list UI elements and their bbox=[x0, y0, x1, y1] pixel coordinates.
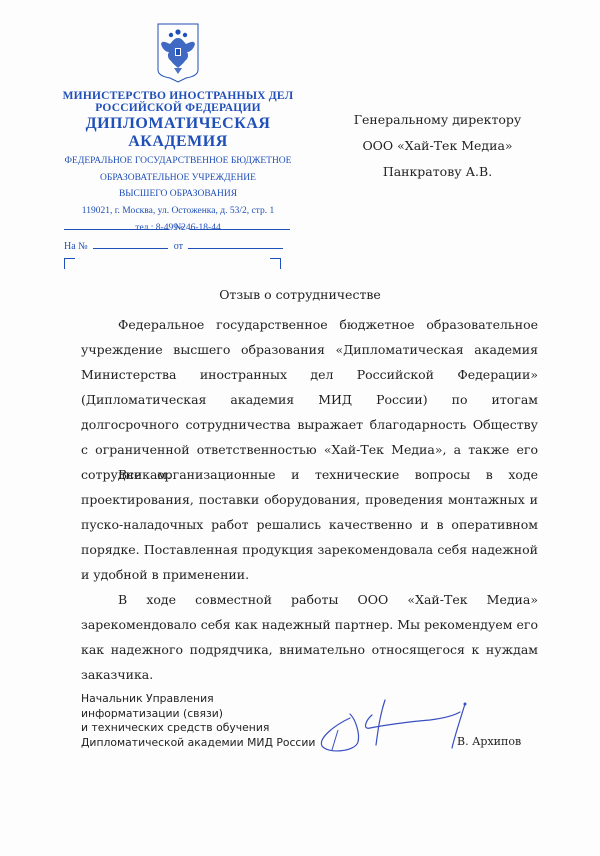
reply-label: На № bbox=[64, 241, 88, 252]
reply-date-line bbox=[188, 248, 283, 249]
ministry-name-line2: РОССИЙСКОЙ ФЕДЕРАЦИИ bbox=[58, 102, 298, 114]
from-label: от bbox=[174, 241, 183, 252]
institution-type-line3: ВЫСШЕГО ОБРАЗОВАНИЯ bbox=[58, 189, 298, 200]
paragraph-text: Федеральное государственное бюджетное об… bbox=[81, 312, 538, 487]
position-line-4: Дипломатической академии МИД России bbox=[81, 736, 315, 751]
position-line-3: и технических средств обучения bbox=[81, 721, 315, 736]
body-paragraph-3: В ходе совместной работы ООО «Хай-Тек Ме… bbox=[81, 587, 538, 693]
addressee-position: Генеральному директору bbox=[325, 107, 550, 133]
frame-corner-left bbox=[64, 258, 75, 269]
academy-name-line2: АКАДЕМИЯ bbox=[58, 134, 298, 150]
address: 119021, г. Москва, ул. Остоженка, д. 53/… bbox=[58, 206, 298, 217]
paragraph-text: В ходе совместной работы ООО «Хай-Тек Ме… bbox=[81, 587, 538, 687]
institution-type-line2: ОБРАЗОВАТЕЛЬНОЕ УЧРЕЖДЕНИЕ bbox=[58, 173, 298, 184]
frame-corner-right bbox=[270, 258, 281, 269]
signer-name: В. Архипов bbox=[457, 735, 521, 748]
paragraph-text: Все организационные и технические вопрос… bbox=[81, 462, 538, 587]
number-label: № bbox=[175, 222, 185, 233]
addressee-block: Генеральному директору ООО «Хай-Тек Меди… bbox=[325, 107, 550, 185]
addressee-company: ООО «Хай-Тек Медиа» bbox=[325, 133, 550, 159]
date-field-line bbox=[64, 229, 169, 230]
position-line-1: Начальник Управления bbox=[81, 692, 315, 707]
position-line-2: информатизации (связи) bbox=[81, 707, 315, 722]
addressee-name: Панкратову А.В. bbox=[325, 159, 550, 185]
reply-number-row: На № от bbox=[64, 241, 283, 252]
reply-number-line bbox=[93, 248, 168, 249]
signatory-position: Начальник Управления информатизации (свя… bbox=[81, 692, 315, 750]
letter-page: МИНИСТЕРСТВО ИНОСТРАННЫХ ДЕЛ РОССИЙСКОЙ … bbox=[0, 0, 600, 856]
handwritten-signature-icon bbox=[310, 690, 480, 760]
document-title: Отзыв о сотрудничестве bbox=[0, 287, 600, 302]
coat-of-arms-icon bbox=[156, 22, 200, 84]
outgoing-number-row: № bbox=[64, 222, 290, 233]
body-paragraph-2: Все организационные и технические вопрос… bbox=[81, 462, 538, 593]
number-field-line bbox=[190, 229, 290, 230]
letterhead: МИНИСТЕРСТВО ИНОСТРАННЫХ ДЕЛ РОССИЙСКОЙ … bbox=[58, 22, 298, 233]
ministry-name-line1: МИНИСТЕРСТВО ИНОСТРАННЫХ ДЕЛ bbox=[58, 90, 298, 102]
institution-type-line1: ФЕДЕРАЛЬНОЕ ГОСУДАРСТВЕННОЕ БЮДЖЕТНОЕ bbox=[58, 156, 298, 167]
academy-name-line1: ДИПЛОМАТИЧЕСКАЯ bbox=[58, 116, 298, 132]
